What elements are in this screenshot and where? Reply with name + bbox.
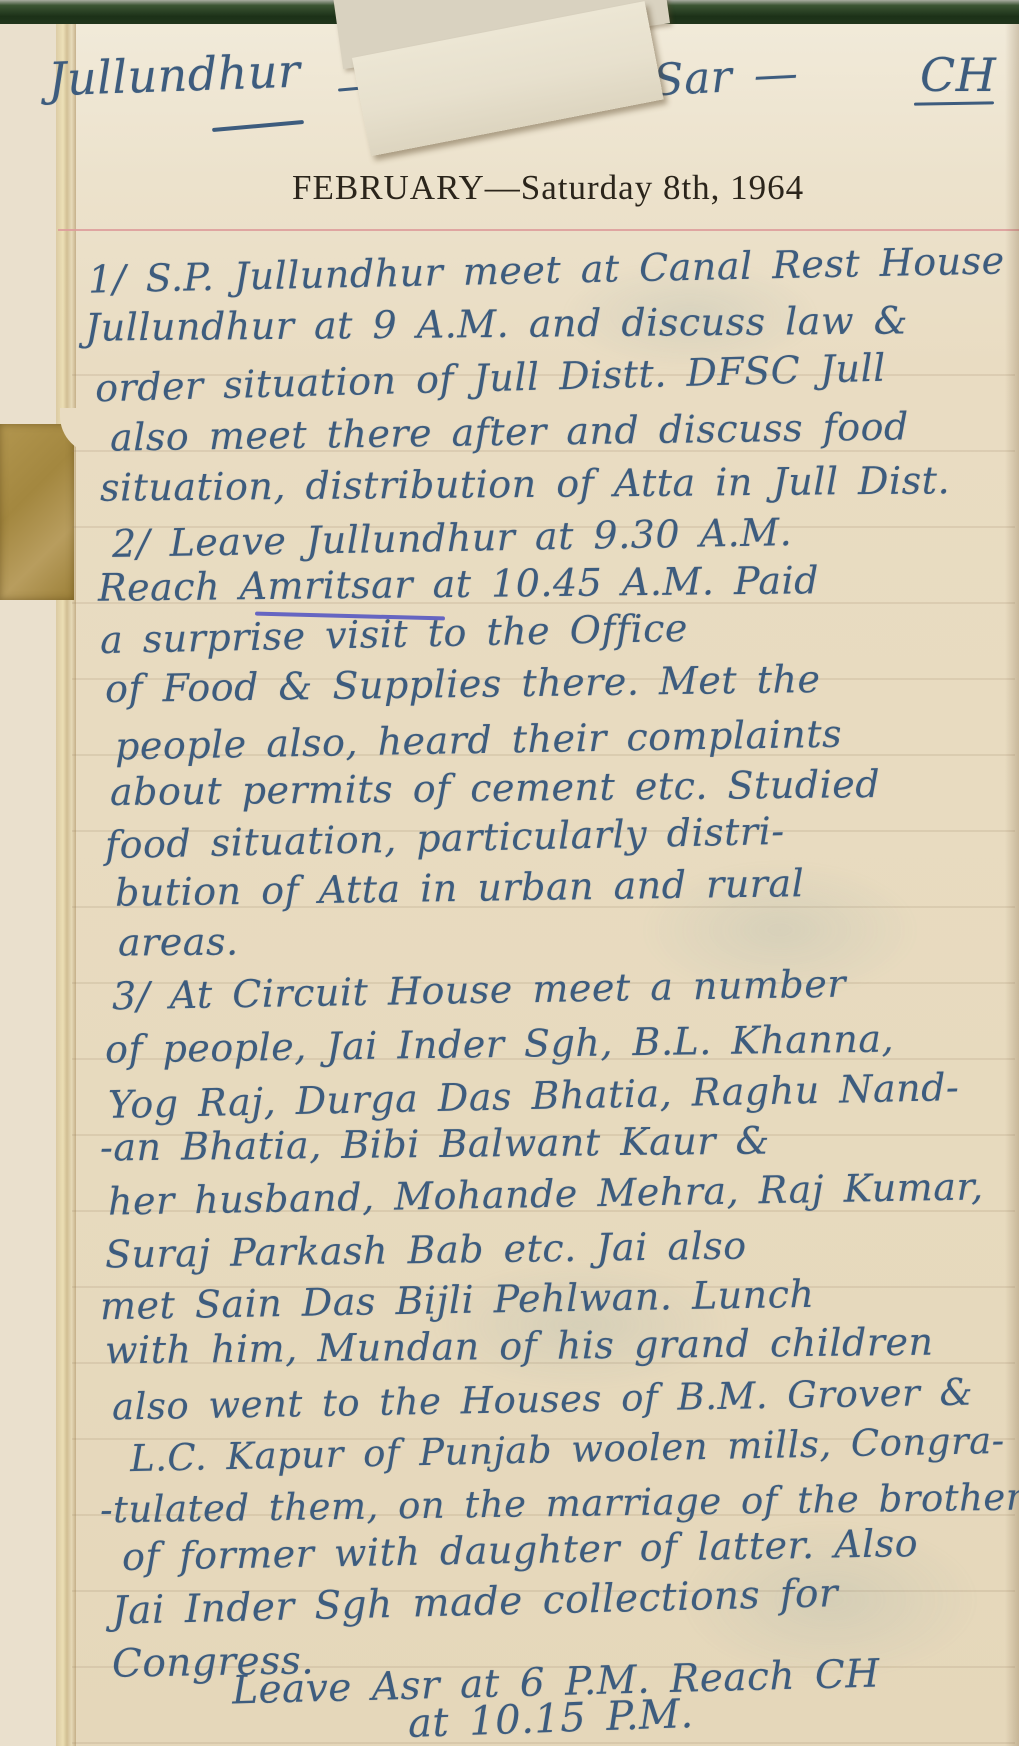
handwritten-line: with him, Mundan of his grand children [105, 1320, 934, 1373]
header-place-note: Jullundhur [47, 44, 301, 107]
handwritten-line: Jullundhur at 9 A.M. and discuss law & [85, 298, 908, 349]
amritsar-underlined-word: Amritsar [239, 562, 413, 608]
printed-date-heading: FEBRUARY—Saturday 8th, 1964 [292, 168, 804, 208]
under-page-edge [0, 24, 56, 1746]
tape-patch [0, 424, 74, 600]
diary-scan: { "document": { "header": { "handwritten… [0, 0, 1019, 1746]
handwritten-line: situation, distribution of Atta in Jull … [100, 458, 950, 509]
handwritten-line: Reach Amritsar at 10.45 A.M. Paid [98, 558, 819, 610]
handwritten-line: areas. [118, 919, 239, 964]
header-ch-note: CH [920, 48, 996, 102]
page-edge-seam [56, 24, 76, 1746]
handwritten-line: -an Bhatia, Bibi Balwant Kaur & [100, 1118, 770, 1169]
handwritten-line: about permits of cement etc. Studied [110, 762, 881, 814]
line-pre: Reach [98, 564, 240, 609]
line-post: at 10.45 A.M. Paid [413, 558, 819, 606]
handwritten-line: at 10.15 P.M. [407, 1691, 694, 1746]
pink-rule [58, 229, 1019, 231]
handwritten-line: Suraj Parkash Bab etc. Jai also [105, 1224, 747, 1277]
